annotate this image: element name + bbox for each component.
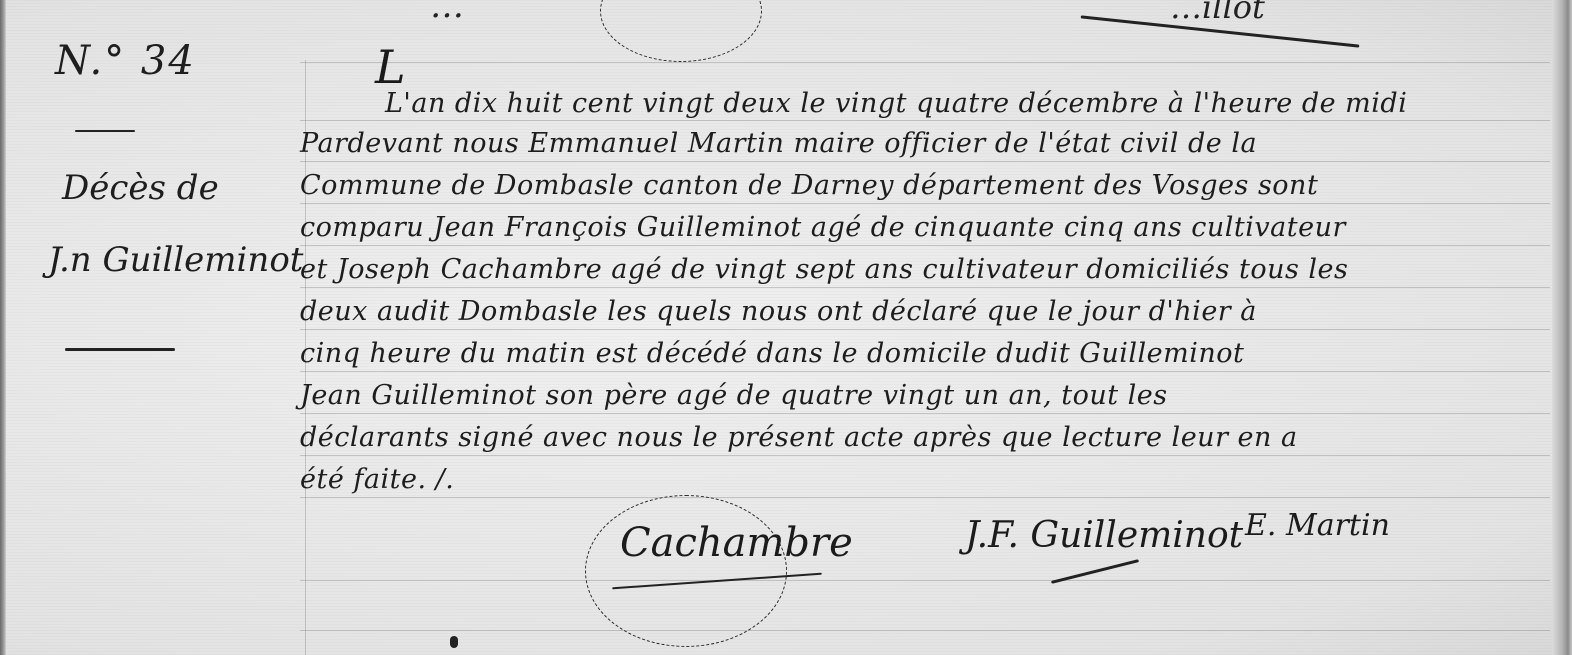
page-binding-left bbox=[0, 0, 6, 655]
margin-subject-name: J.n Guilleminot bbox=[48, 240, 303, 280]
ruled-line bbox=[300, 371, 1550, 372]
entry-line-10: été faite. /. bbox=[300, 464, 454, 495]
margin-underline bbox=[65, 348, 175, 351]
ruled-line bbox=[300, 497, 1550, 498]
entry-line-9: déclarants signé avec nous le présent ac… bbox=[300, 422, 1298, 453]
page-binding-right bbox=[1552, 0, 1572, 655]
ruled-line bbox=[300, 62, 1550, 63]
entry-line-7: cinq heure du matin est décédé dans le d… bbox=[300, 338, 1244, 369]
ruled-line bbox=[300, 203, 1550, 204]
previous-entry-signature: … bbox=[430, 0, 464, 26]
margin-event-label: Décès de bbox=[62, 168, 219, 208]
margin-flourish bbox=[75, 130, 135, 132]
previous-entry-signature: …illot bbox=[1170, 0, 1265, 26]
ruled-line bbox=[300, 329, 1550, 330]
ruled-line bbox=[300, 287, 1550, 288]
ruled-line bbox=[300, 630, 1550, 631]
acte-number: N.° 34 bbox=[55, 38, 196, 84]
entry-line-5: et Joseph Cachambre agé de vingt sept an… bbox=[300, 254, 1348, 285]
signature-oval-flourish bbox=[585, 495, 787, 647]
ruled-line bbox=[300, 120, 1550, 121]
ink-mark bbox=[450, 636, 458, 648]
entry-line-1: L'an dix huit cent vingt deux le vingt q… bbox=[385, 88, 1407, 119]
ruled-line bbox=[300, 580, 1550, 581]
signature-martin: E. Martin bbox=[1245, 508, 1390, 543]
signature-guilleminot: J.F. Guilleminot bbox=[965, 515, 1243, 556]
ruled-line bbox=[300, 245, 1550, 246]
entry-line-4: comparu Jean François Guilleminot agé de… bbox=[300, 212, 1346, 243]
signature-cachambre: Cachambre bbox=[620, 520, 853, 566]
entry-line-6: deux audit Dombasle les quels nous ont d… bbox=[300, 296, 1257, 327]
entry-line-2: Pardevant nous Emmanuel Martin maire off… bbox=[300, 128, 1257, 159]
ruled-line bbox=[300, 413, 1550, 414]
entry-line-3: Commune de Dombasle canton de Darney dép… bbox=[300, 170, 1318, 201]
entry-line-8: Jean Guilleminot son père agé de quatre … bbox=[300, 380, 1168, 411]
ruled-line bbox=[300, 161, 1550, 162]
register-page: … …illot N.° 34 Décès de J.n Guilleminot… bbox=[0, 0, 1572, 655]
ruled-line bbox=[300, 455, 1550, 456]
entry-initial: L bbox=[375, 40, 406, 94]
signature-flourish-loop bbox=[600, 0, 762, 62]
